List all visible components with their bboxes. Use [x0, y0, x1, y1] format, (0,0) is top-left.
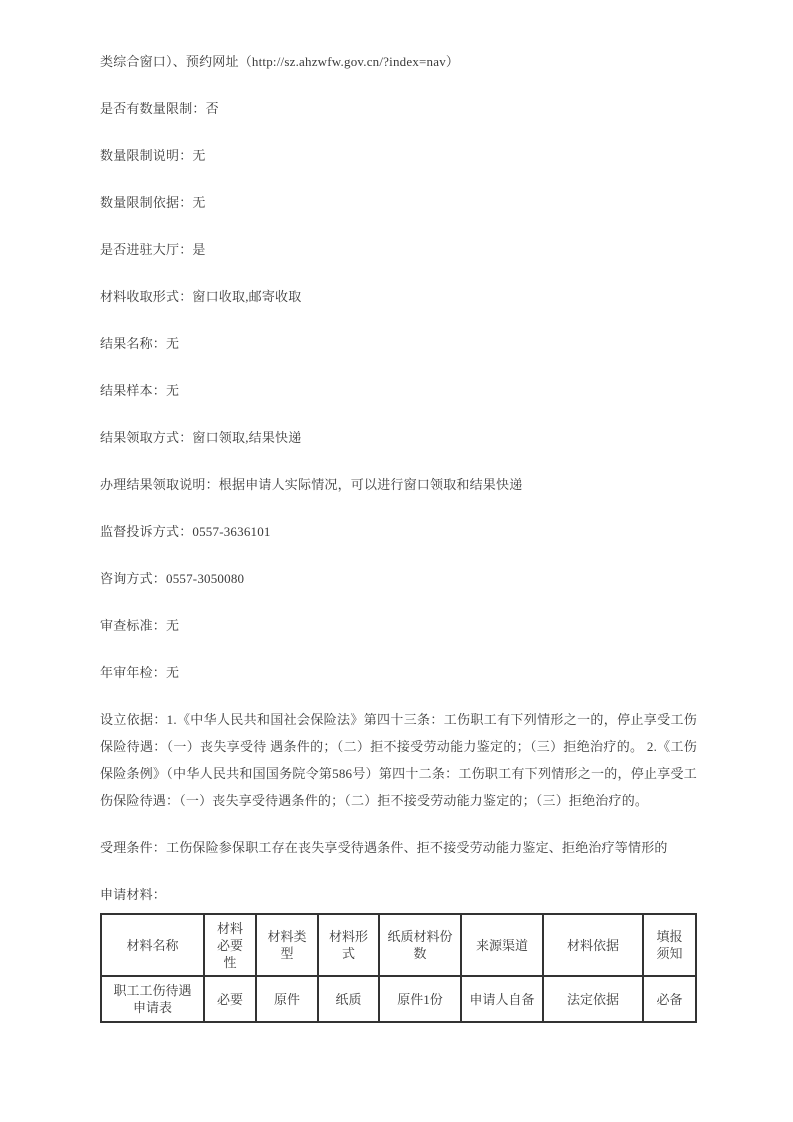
header-filling-notes: 填报须知 [643, 914, 696, 976]
header-material-form: 材料形式 [318, 914, 379, 976]
header-material-necessity: 材料必要性 [204, 914, 256, 976]
cell-material-type: 原件 [256, 976, 318, 1022]
field-quantity-limit: 是否有数量限制：否 [100, 95, 697, 122]
cell-material-form: 纸质 [318, 976, 379, 1022]
materials-table-row: 职工工伤待遇申请表 必要 原件 纸质 原件1份 申请人自备 法定依据 必备 [101, 976, 696, 1022]
header-paper-copies: 纸质材料份数 [379, 914, 461, 976]
header-material-type: 材料类型 [256, 914, 318, 976]
materials-table-header-row: 材料名称 材料必要性 材料类型 材料形式 纸质材料份数 来源渠道 材料依据 填报… [101, 914, 696, 976]
field-quantity-limit-basis: 数量限制依据：无 [100, 189, 697, 216]
header-source-channel: 来源渠道 [461, 914, 543, 976]
field-acceptance-condition: 受理条件：工伤保险参保职工存在丧失享受待遇条件、拒不接受劳动能力鉴定、拒绝治疗等… [100, 834, 697, 861]
field-material-collect-form: 材料收取形式：窗口收取,邮寄收取 [100, 283, 697, 310]
field-annual-check: 年审年检：无 [100, 659, 697, 686]
field-review-standard: 审查标准：无 [100, 612, 697, 639]
header-material-name: 材料名称 [101, 914, 204, 976]
field-result-pickup-method: 结果领取方式：窗口领取,结果快递 [100, 424, 697, 451]
field-result-sample: 结果样本：无 [100, 377, 697, 404]
field-in-hall: 是否进驻大厅：是 [100, 236, 697, 263]
appointment-url-line: 类综合窗口）、预约网址（http://sz.ahzwfw.gov.cn/?ind… [100, 48, 697, 75]
field-application-materials: 申请材料： [100, 881, 697, 908]
cell-paper-copies: 原件1份 [379, 976, 461, 1022]
field-consult-phone: 咨询方式：0557-3050080 [100, 565, 697, 592]
document-page: 类综合窗口）、预约网址（http://sz.ahzwfw.gov.cn/?ind… [0, 0, 793, 1122]
cell-material-necessity: 必要 [204, 976, 256, 1022]
field-establish-basis: 设立依据：1.《中华人民共和国社会保险法》第四十三条：工伤职工有下列情形之一的，… [100, 706, 697, 814]
document-content: 类综合窗口）、预约网址（http://sz.ahzwfw.gov.cn/?ind… [0, 0, 793, 1023]
cell-filling-notes: 必备 [643, 976, 696, 1022]
header-material-basis: 材料依据 [543, 914, 643, 976]
field-result-name: 结果名称：无 [100, 330, 697, 357]
materials-table: 材料名称 材料必要性 材料类型 材料形式 纸质材料份数 来源渠道 材料依据 填报… [100, 913, 697, 1023]
field-quantity-limit-note: 数量限制说明：无 [100, 142, 697, 169]
field-result-pickup-note: 办理结果领取说明：根据申请人实际情况，可以进行窗口领取和结果快递 [100, 471, 697, 498]
cell-source-channel: 申请人自备 [461, 976, 543, 1022]
cell-material-basis: 法定依据 [543, 976, 643, 1022]
cell-material-name: 职工工伤待遇申请表 [101, 976, 204, 1022]
field-supervision-phone: 监督投诉方式：0557-3636101 [100, 518, 697, 545]
